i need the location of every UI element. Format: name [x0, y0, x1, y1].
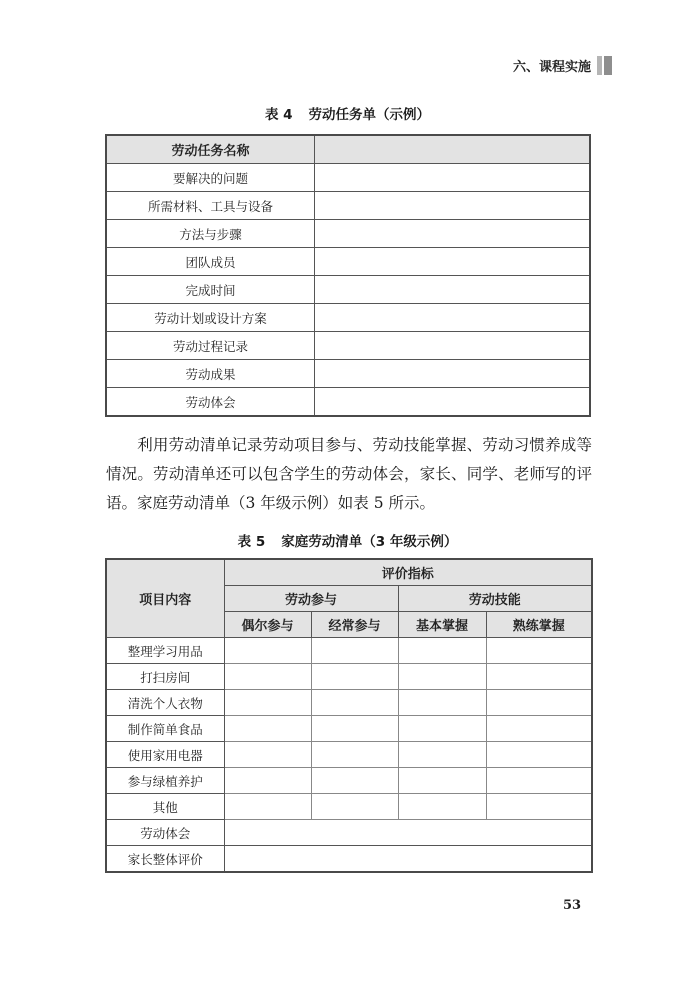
- row-label: 参与绿植养护: [106, 768, 224, 794]
- table-row: 完成时间: [106, 276, 590, 304]
- proficient-mastery-header: 熟练掌握: [486, 612, 592, 638]
- row-label: 完成时间: [106, 276, 315, 304]
- table5-caption-number: 表 5: [238, 534, 266, 550]
- task-name-header: 劳动任务名称: [106, 135, 315, 164]
- parent-evaluation-field[interactable]: [224, 846, 592, 873]
- checkbox-cell[interactable]: [398, 716, 486, 742]
- table-row: 方法与步骤: [106, 220, 590, 248]
- checkbox-cell[interactable]: [486, 716, 592, 742]
- row-label: 方法与步骤: [106, 220, 315, 248]
- table-row: 家长整体评价: [106, 846, 592, 873]
- table-row: 团队成员: [106, 248, 590, 276]
- row-value[interactable]: [315, 164, 591, 192]
- table-row: 劳动计划或设计方案: [106, 304, 590, 332]
- checkbox-cell[interactable]: [224, 794, 311, 820]
- home-labor-checklist-table: 项目内容 评价指标 劳动参与 劳动技能 偶尔参与 经常参与 基本掌握 熟练掌握 …: [105, 558, 593, 873]
- checkbox-cell[interactable]: [398, 638, 486, 664]
- checkbox-cell[interactable]: [311, 716, 398, 742]
- checkbox-cell[interactable]: [398, 768, 486, 794]
- table-row: 制作简单食品: [106, 716, 592, 742]
- checkbox-cell[interactable]: [224, 664, 311, 690]
- checkbox-cell[interactable]: [398, 690, 486, 716]
- row-label: 使用家用电器: [106, 742, 224, 768]
- checkbox-cell[interactable]: [224, 638, 311, 664]
- labor-reflection-field[interactable]: [224, 820, 592, 846]
- checkbox-cell[interactable]: [486, 794, 592, 820]
- table-row: 劳动体会: [106, 388, 590, 417]
- checkbox-cell[interactable]: [486, 690, 592, 716]
- table-row: 劳动成果: [106, 360, 590, 388]
- table5-caption: 表 5家庭劳动清单（3 年级示例）: [0, 530, 695, 550]
- table-row: 劳动体会: [106, 820, 592, 846]
- occasional-participation-header: 偶尔参与: [224, 612, 311, 638]
- table-row: 使用家用电器: [106, 742, 592, 768]
- checkbox-cell[interactable]: [486, 742, 592, 768]
- row-value[interactable]: [315, 248, 591, 276]
- table4-caption-number: 表 4: [265, 107, 293, 123]
- checkbox-cell[interactable]: [398, 742, 486, 768]
- row-label: 家长整体评价: [106, 846, 224, 873]
- row-label: 打扫房间: [106, 664, 224, 690]
- checkbox-cell[interactable]: [398, 794, 486, 820]
- row-label: 劳动计划或设计方案: [106, 304, 315, 332]
- basic-mastery-header: 基本掌握: [398, 612, 486, 638]
- item-content-header: 项目内容: [106, 559, 224, 638]
- table-row: 整理学习用品: [106, 638, 592, 664]
- row-label: 清洗个人衣物: [106, 690, 224, 716]
- table-header-row: 劳动任务名称: [106, 135, 590, 164]
- table-row: 清洗个人衣物: [106, 690, 592, 716]
- evaluation-indicator-header: 评价指标: [224, 559, 592, 586]
- row-label: 劳动体会: [106, 820, 224, 846]
- row-value[interactable]: [315, 388, 591, 417]
- table-row: 所需材料、工具与设备: [106, 192, 590, 220]
- frequent-participation-header: 经常参与: [311, 612, 398, 638]
- row-label: 制作简单食品: [106, 716, 224, 742]
- row-value[interactable]: [315, 304, 591, 332]
- checkbox-cell[interactable]: [486, 638, 592, 664]
- table4-caption-title: 劳动任务单（示例）: [309, 107, 431, 123]
- row-value[interactable]: [315, 332, 591, 360]
- labor-skill-header: 劳动技能: [398, 586, 592, 612]
- running-head: 六、课程实施: [513, 54, 612, 76]
- table-row: 要解决的问题: [106, 164, 590, 192]
- checkbox-cell[interactable]: [311, 664, 398, 690]
- row-label: 劳动成果: [106, 360, 315, 388]
- row-value[interactable]: [315, 220, 591, 248]
- checkbox-cell[interactable]: [311, 638, 398, 664]
- task-name-value[interactable]: [315, 135, 591, 164]
- row-label: 团队成员: [106, 248, 315, 276]
- table-header-row: 项目内容 评价指标: [106, 559, 592, 586]
- row-label: 整理学习用品: [106, 638, 224, 664]
- table-row: 参与绿植养护: [106, 768, 592, 794]
- checkbox-cell[interactable]: [311, 794, 398, 820]
- table-row: 其他: [106, 794, 592, 820]
- row-label: 劳动过程记录: [106, 332, 315, 360]
- labor-participation-header: 劳动参与: [224, 586, 398, 612]
- checkbox-cell[interactable]: [486, 664, 592, 690]
- row-label: 其他: [106, 794, 224, 820]
- checkbox-cell[interactable]: [311, 742, 398, 768]
- row-value[interactable]: [315, 276, 591, 304]
- row-value[interactable]: [315, 192, 591, 220]
- checkbox-cell[interactable]: [398, 664, 486, 690]
- checkbox-cell[interactable]: [311, 768, 398, 794]
- table-row: 打扫房间: [106, 664, 592, 690]
- table4-caption: 表 4劳动任务单（示例）: [0, 103, 695, 123]
- labor-task-table: 劳动任务名称 要解决的问题 所需材料、工具与设备 方法与步骤 团队成员 完成时间…: [105, 134, 591, 417]
- checkbox-cell[interactable]: [311, 690, 398, 716]
- checkbox-cell[interactable]: [224, 690, 311, 716]
- row-label: 劳动体会: [106, 388, 315, 417]
- paragraph-text: 利用劳动清单记录劳动项目参与、劳动技能掌握、劳动习惯养成等情况。劳动清单还可以包…: [106, 436, 592, 512]
- page-number: 53: [563, 898, 581, 913]
- checkbox-cell[interactable]: [224, 742, 311, 768]
- row-label: 要解决的问题: [106, 164, 315, 192]
- table5-caption-title: 家庭劳动清单（3 年级示例）: [281, 534, 457, 550]
- checkbox-cell[interactable]: [224, 716, 311, 742]
- body-paragraph: 利用劳动清单记录劳动项目参与、劳动技能掌握、劳动习惯养成等情况。劳动清单还可以包…: [106, 431, 592, 518]
- row-label: 所需材料、工具与设备: [106, 192, 315, 220]
- checkbox-cell[interactable]: [486, 768, 592, 794]
- checkbox-cell[interactable]: [224, 768, 311, 794]
- section-marker-icon: [597, 56, 612, 75]
- section-title: 六、课程实施: [513, 56, 591, 75]
- table-row: 劳动过程记录: [106, 332, 590, 360]
- row-value[interactable]: [315, 360, 591, 388]
